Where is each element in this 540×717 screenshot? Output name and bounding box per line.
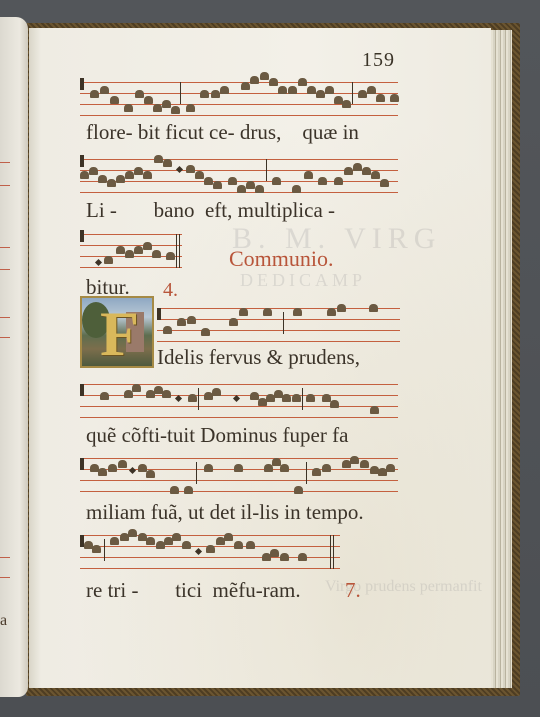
lyric-line: quẽ cõfti-tuit Dominus fuper fa xyxy=(86,423,348,448)
music-staff xyxy=(80,230,182,270)
left-page-letter: a xyxy=(0,612,7,630)
left-staff-fragment xyxy=(0,557,10,558)
page-number: 159 xyxy=(362,49,395,72)
lyric-line: re tri - tici mẽfu-ram. xyxy=(86,578,301,603)
music-staff xyxy=(80,535,340,575)
left-page-curl: a xyxy=(0,17,28,697)
music-staff xyxy=(157,308,400,348)
section-heading-communio: Communio. xyxy=(229,246,334,272)
illuminated-initial: F xyxy=(80,296,154,368)
music-staff xyxy=(80,384,398,424)
mode-number: 4. xyxy=(163,279,178,302)
mode-number: 7. xyxy=(345,578,361,603)
left-staff-fragment xyxy=(0,317,10,318)
left-staff-fragment xyxy=(0,337,10,338)
left-staff-fragment xyxy=(0,247,10,248)
lyric-line: Idelis fervus & prudens, xyxy=(157,345,360,370)
initial-letter: F xyxy=(100,302,139,366)
lyric-line: flore- bit ficut ce- drus, quæ in xyxy=(86,120,359,145)
show-through-text: DEDICAMP xyxy=(240,270,366,291)
lyric-line: Li - bano eft, multiplica - xyxy=(86,198,335,223)
left-staff-fragment xyxy=(0,269,10,270)
music-staff xyxy=(80,78,398,118)
left-staff-fragment xyxy=(0,185,10,186)
page-stack-edges xyxy=(488,30,512,688)
music-staff xyxy=(80,458,398,498)
left-staff-fragment xyxy=(0,162,10,163)
left-staff-fragment xyxy=(0,577,10,578)
music-staff xyxy=(80,155,398,195)
lyric-line: miliam fuã, ut det il-lis in tempo. xyxy=(86,500,364,525)
